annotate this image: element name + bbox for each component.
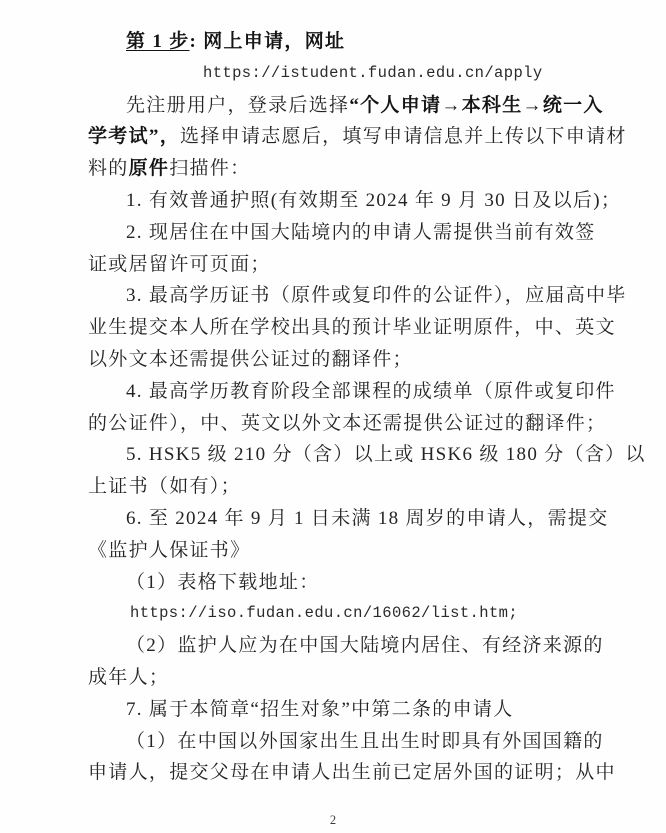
original-bold-run: 原件 bbox=[129, 158, 170, 179]
item-6-minor: 6. 至 2024 年 9 月 1 日未满 18 周岁的申请人，需提交 bbox=[88, 503, 578, 535]
item-7-eligibility: 7. 属于本简章“招生对象”中第二条的申请人 bbox=[88, 694, 578, 726]
item-3-certificate: 3. 最高学历证书（原件或复印件的公证件），应届高中毕 bbox=[88, 280, 578, 312]
step-1-heading: 第 1 步: 网上申请，网址 bbox=[88, 26, 578, 58]
item-6-sub-1-download-label: （1）表格下载地址： bbox=[88, 567, 578, 599]
page-number: 2 bbox=[0, 813, 666, 828]
item-4-transcript-cont: 的公证件），中、英文以外文本还需提供公证过的翻译件； bbox=[88, 408, 578, 440]
item-2-visa: 2. 现居住在中国大陆境内的申请人需提供当前有效签 bbox=[88, 217, 578, 249]
registration-instructions-cont: 学考试”，选择申请志愿后，填写申请信息并上传以下申请材 bbox=[88, 121, 578, 153]
document-page: 第 1 步: 网上申请，网址 https://istudent.fudan.ed… bbox=[0, 0, 666, 833]
item-7-sub-1-cont: 申请人，提交父母在申请人出生前已定居外国的证明；从中 bbox=[88, 757, 578, 789]
text-run: 扫描件： bbox=[169, 158, 250, 179]
item-7-sub-1: （1）在中国以外国家出生且出生时即具有外国国籍的 bbox=[88, 726, 578, 758]
document-body: 第 1 步: 网上申请，网址 https://istudent.fudan.ed… bbox=[0, 0, 666, 789]
apply-url: https://istudent.fudan.edu.cn/apply bbox=[88, 58, 578, 90]
registration-instructions-line: 先注册用户，登录后选择“个人申请→本科生→统一入 bbox=[88, 90, 578, 122]
text-run: 料的 bbox=[88, 158, 129, 179]
item-5-hsk: 5. HSK5 级 210 分（含）以上或 HSK6 级 180 分（含）以 bbox=[88, 439, 578, 471]
text-run: 选择申请志愿后，填写申请信息并上传以下申请材 bbox=[180, 126, 627, 147]
item-4-transcript: 4. 最高学历教育阶段全部课程的成绩单（原件或复印件 bbox=[88, 376, 578, 408]
item-3-certificate-cont-2: 以外文本还需提供公证过的翻译件； bbox=[88, 344, 578, 376]
item-2-visa-cont: 证或居留许可页面； bbox=[88, 249, 578, 281]
item-6-guardian-letter: 《监护人保证书》 bbox=[88, 535, 578, 567]
item-3-certificate-cont-1: 业生提交本人所在学校出具的预计毕业证明原件，中、英文 bbox=[88, 312, 578, 344]
item-5-hsk-cont: 上证书（如有）； bbox=[88, 471, 578, 503]
item-6-sub-2-guardian: （2）监护人应为在中国大陆境内居住、有经济来源的 bbox=[88, 630, 578, 662]
menu-path-bold-run: “个人申请→本科生→统一入 bbox=[349, 95, 603, 116]
item-6-sub-2-guardian-cont: 成年人； bbox=[88, 662, 578, 694]
materials-intro-line: 料的原件扫描件： bbox=[88, 153, 578, 185]
item-1-passport: 1. 有效普通护照(有效期至 2024 年 9 月 30 日及以后)； bbox=[88, 185, 578, 217]
step-1-title: : 网上申请，网址 bbox=[190, 31, 346, 52]
guardian-form-url: https://iso.fudan.edu.cn/16062/list.htm; bbox=[88, 598, 578, 630]
step-1-label: 第 1 步 bbox=[126, 31, 190, 52]
text-run: 先注册用户，登录后选择 bbox=[126, 95, 349, 116]
menu-path-bold-run-end: 学考试”， bbox=[88, 126, 180, 147]
